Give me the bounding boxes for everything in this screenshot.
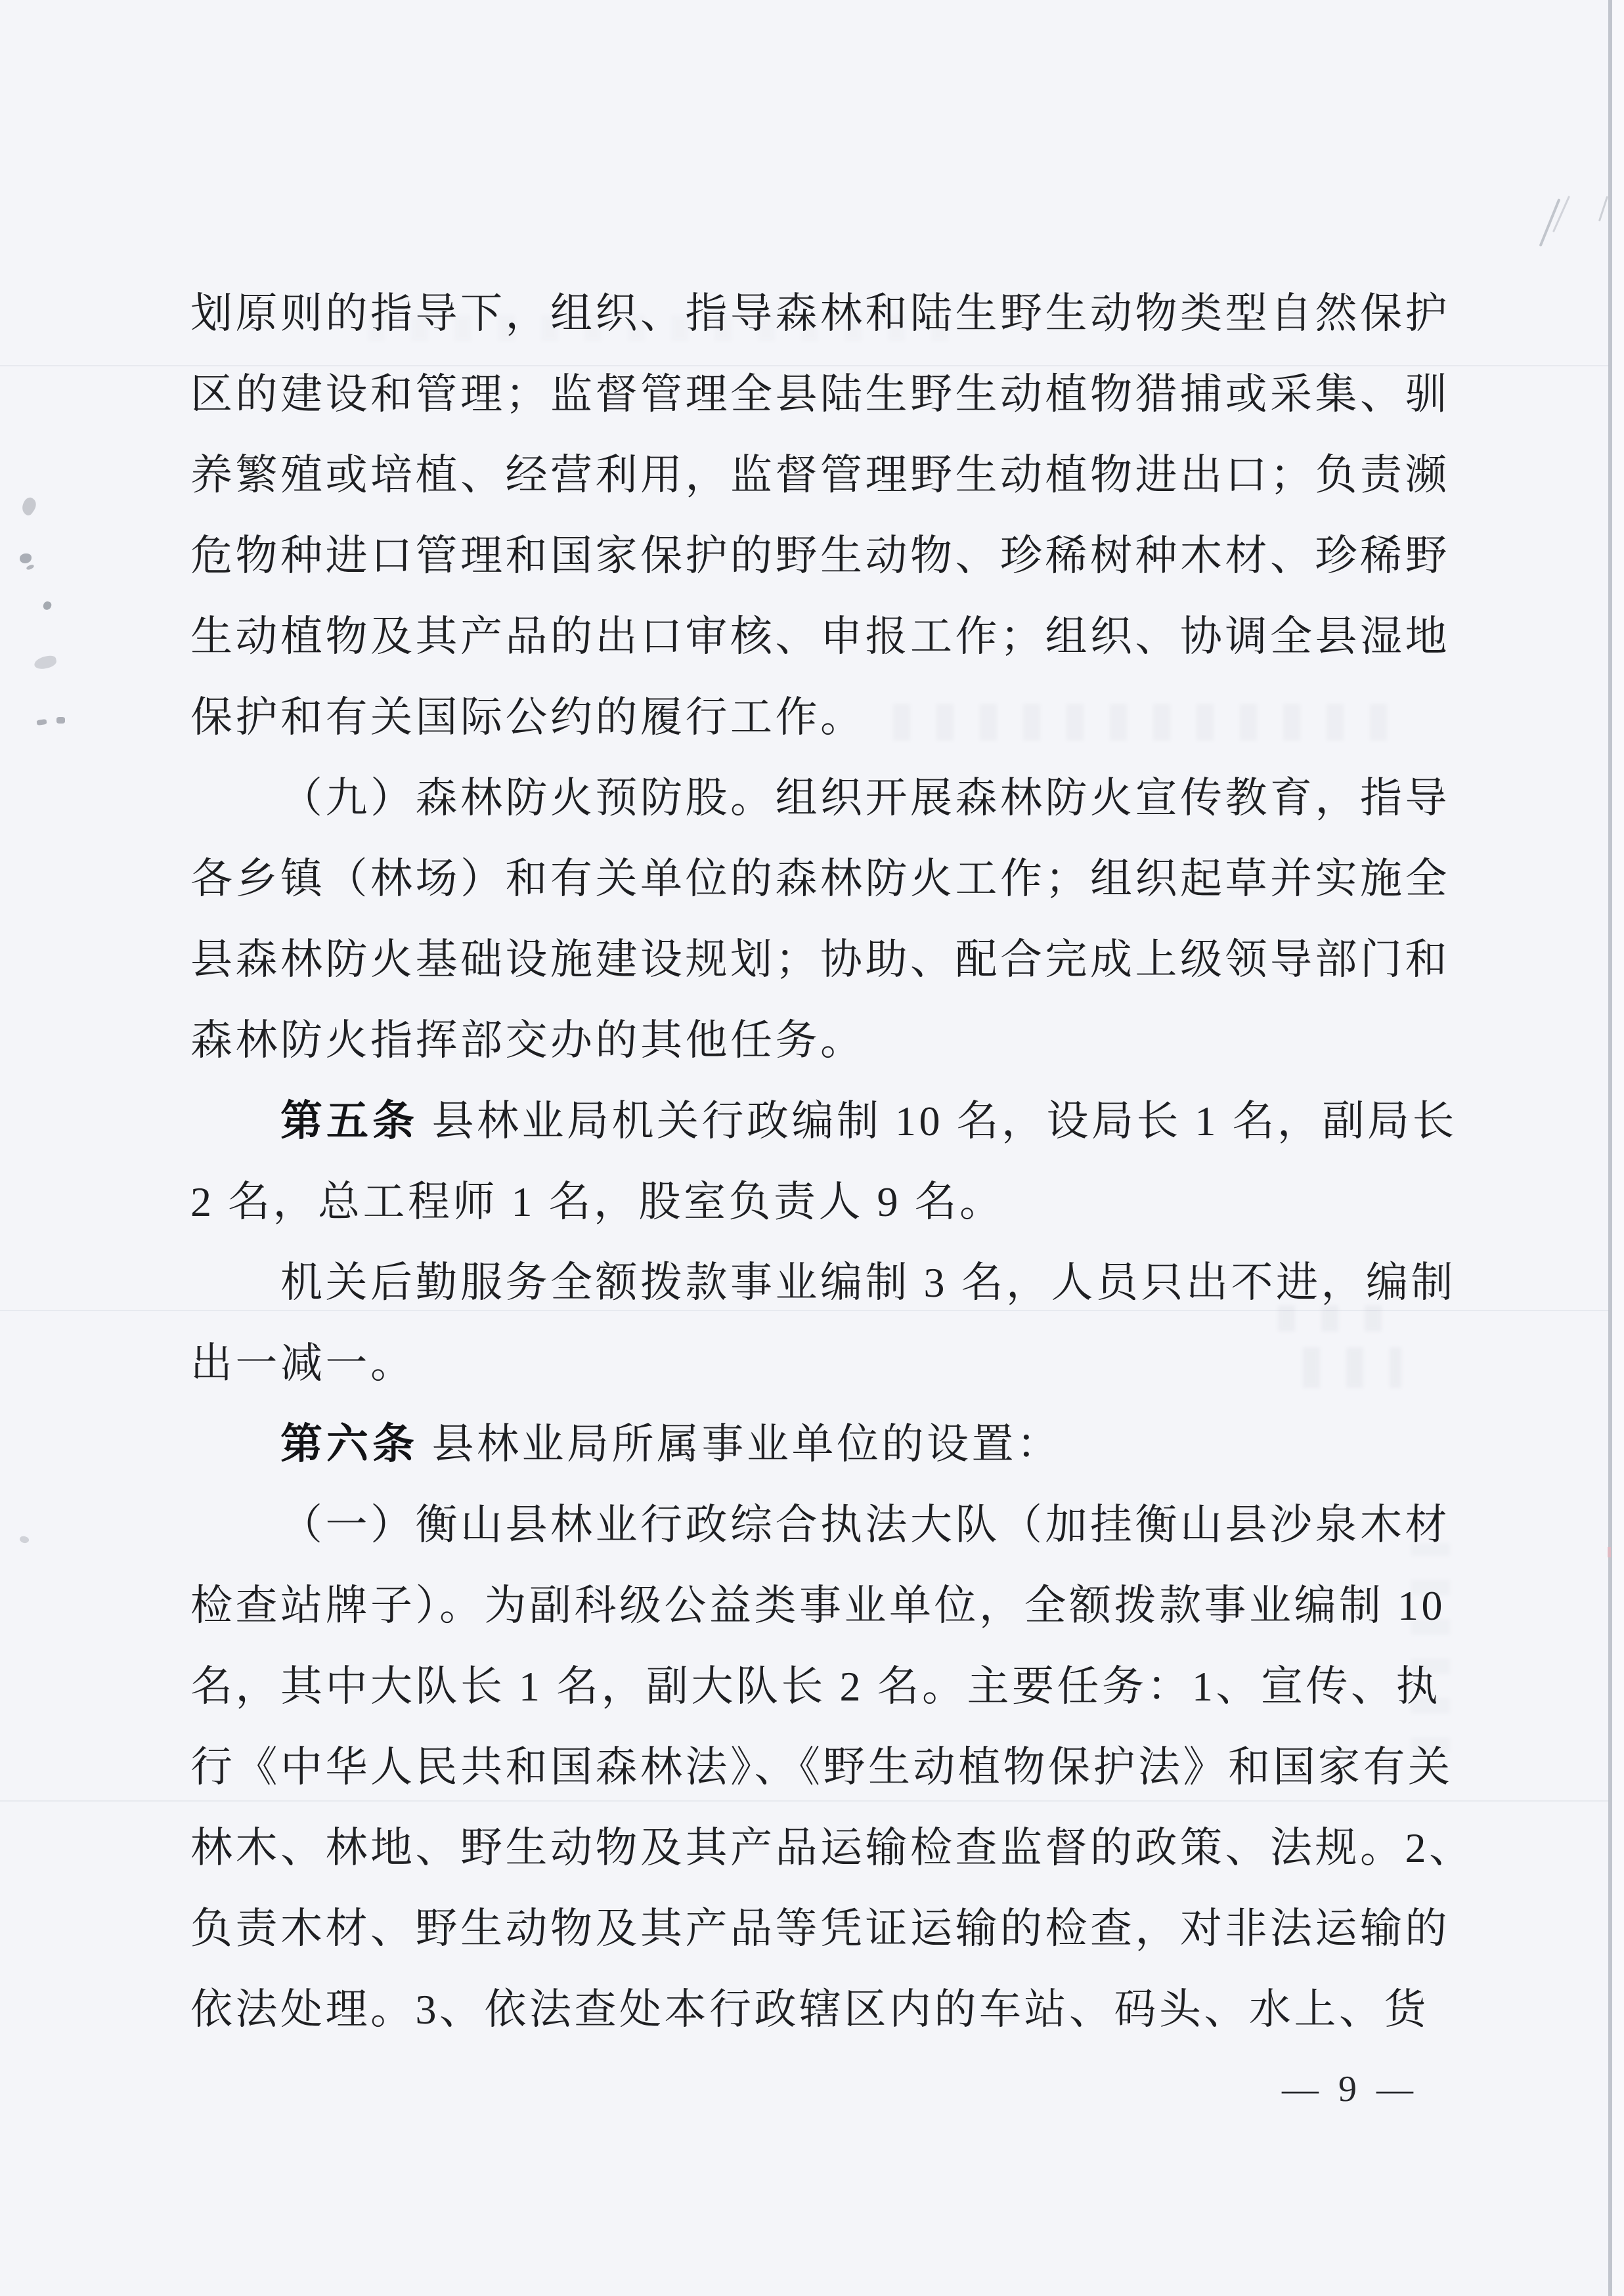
margin-speck <box>37 719 47 726</box>
text-line-11: 第五条 县林业局机关行政编制 10 名，设局长 1 名，副局长 <box>190 1081 1425 1161</box>
text-line-12: 2 名，总工程师 1 名，股室负责人 9 名。 <box>190 1161 1425 1242</box>
margin-speck <box>33 655 58 671</box>
text-line-4: 危物种进口管理和国家保护的野生动物、珍稀树种木材、珍稀野 <box>190 515 1425 596</box>
margin-speck <box>43 601 53 611</box>
document-body: 划原则的指导下，组织、指导森林和陆生野生动物类型自然保护区的建设和管理；监督管理… <box>190 273 1425 2050</box>
text-line-7: （九）森林防火预防股。组织开展森林防火宣传教育，指导 <box>190 758 1425 838</box>
text-line-5: 生动植物及其产品的出口审核、申报工作；组织、协调全县湿地 <box>190 596 1425 677</box>
text-line-15: 第六条 县林业局所属事业单位的设置： <box>190 1404 1425 1484</box>
scan-edge-tick <box>1608 1547 1611 1557</box>
text-line-18: 名，其中大队长 1 名，副大队长 2 名。主要任务：1、宣传、执 <box>190 1646 1425 1727</box>
text-line-16: （一）衡山县林业行政综合执法大队（加挂衡山县沙泉木材 <box>190 1484 1425 1565</box>
text-line-1: 划原则的指导下，组织、指导森林和陆生野生动物类型自然保护 <box>190 273 1425 354</box>
margin-speck <box>26 564 34 571</box>
text-line-21: 负责木材、野生动物及其产品等凭证运输的检查，对非法运输的 <box>190 1888 1425 1969</box>
text-line-17: 检查站牌子）。为副科级公益类事业单位，全额拨款事业编制 10 <box>190 1565 1425 1646</box>
text-line-14: 出一减一。 <box>190 1323 1425 1404</box>
text-line-10: 森林防火指挥部交办的其他任务。 <box>190 1000 1425 1081</box>
text-line-6: 保护和有关国际公约的履行工作。 <box>190 677 1425 758</box>
text-line-8: 各乡镇（林场）和有关单位的森林防火工作；组织起草并实施全 <box>190 838 1425 919</box>
text-line-9: 县森林防火基础设施建设规划；协助、配合完成上级领导部门和 <box>190 919 1425 1000</box>
margin-speck <box>18 496 39 517</box>
margin-speck <box>56 717 65 724</box>
bold-term: 第六条 <box>280 1420 418 1467</box>
page-number: — 9 — <box>1282 2068 1418 2110</box>
text-line-19: 行《中华人民共和国森林法》、《野生动植物保护法》和国家有关 <box>190 1727 1425 1808</box>
text-line-20: 林木、林地、野生动物及其产品运输检查监督的政策、法规。2、 <box>190 1808 1425 1888</box>
text-line-3: 养繁殖或培植、经营利用，监督管理野生动植物进出口；负责濒 <box>190 435 1425 515</box>
text-line-22: 依法处理。3、依法查处本行政辖区内的车站、码头、水上、货 <box>190 1969 1425 2050</box>
text-line-13: 机关后勤服务全额拨款事业编制 3 名，人员只出不进，编制 <box>190 1242 1425 1323</box>
scanned-page: 划原则的指导下，组织、指导森林和陆生野生动物类型自然保护区的建设和管理；监督管理… <box>0 0 1624 2296</box>
margin-speck <box>20 553 32 563</box>
pencil-mark <box>1598 196 1608 222</box>
text-line-2: 区的建设和管理；监督管理全县陆生野生动植物猎捕或采集、驯 <box>190 354 1425 435</box>
pencil-mark <box>1552 196 1570 232</box>
bold-term: 第五条 <box>280 1097 418 1144</box>
scan-edge-margin <box>1612 0 1624 2296</box>
margin-speck <box>19 1535 30 1544</box>
